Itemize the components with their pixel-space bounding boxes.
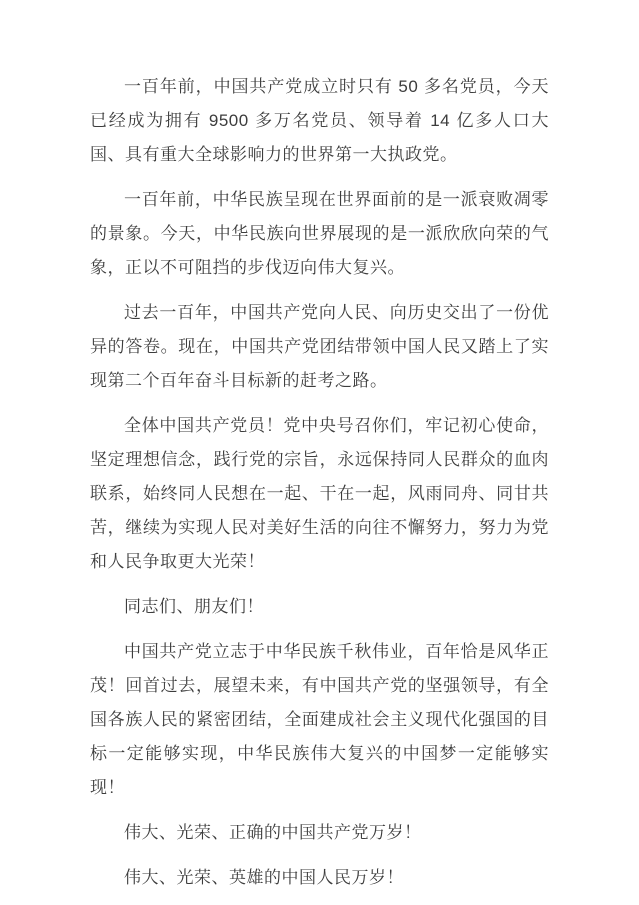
paragraph: 一百年前，中华民族呈现在世界面前的是一派衰败凋零的景象。今天，中华民族向世界展现… [90,183,549,285]
paragraph: 伟大、光荣、英雄的中国人民万岁！ [90,861,549,895]
paragraph: 一百年前，中国共产党成立时只有 50 多名党员，今天已经成为拥有 9500 多万… [90,70,549,172]
paragraph: 全体中国共产党员！党中央号召你们，牢记初心使命，坚定理想信念，践行党的宗旨，永远… [90,409,549,579]
document-page: 一百年前，中国共产党成立时只有 50 多名党员，今天已经成为拥有 9500 多万… [0,0,639,905]
paragraph: 伟大、光荣、正确的中国共产党万岁！ [90,816,549,850]
paragraph: 过去一百年，中国共产党向人民、向历史交出了一份优异的答卷。现在，中国共产党团结带… [90,296,549,398]
paragraph: 中国共产党立志于中华民族千秋伟业，百年恰是风华正茂！回首过去，展望未来，有中国共… [90,635,549,805]
paragraph: 同志们、朋友们！ [90,590,549,624]
